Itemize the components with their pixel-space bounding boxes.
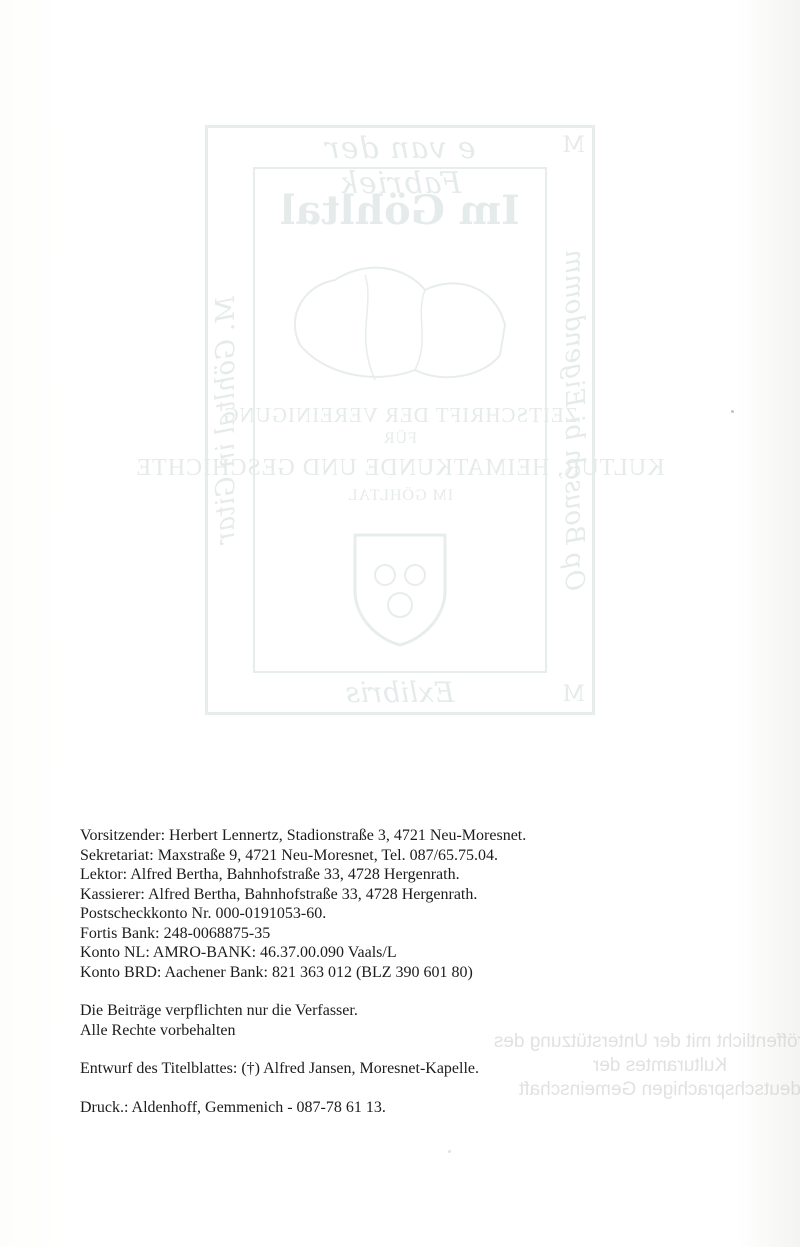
contact-secretariat: Sekretariat: Maxstraße 9, 4721 Neu-Mores… [80, 846, 720, 866]
coat-of-arms-icon [335, 520, 465, 650]
cover-left-side-text: Op Bousch bi Eigendomm [549, 185, 589, 655]
scan-speck [448, 1150, 451, 1153]
fortis-bank-account: Fortis Bank: 248-0068875-35 [80, 924, 720, 944]
cover-subtitle-4: IM GÖHLTAL [125, 487, 675, 505]
scan-speck [731, 410, 734, 413]
contact-treasurer: Kassierer: Alfred Bertha, Bahnhofstraße … [80, 885, 720, 905]
map-illustration-icon [275, 245, 525, 395]
contact-editor: Lektor: Alfred Bertha, Bahnhofstraße 33,… [80, 865, 720, 885]
spacer [80, 1079, 720, 1098]
cover-subtitle-1: ZEITSCHRIFT DER VEREINIGUNG [125, 403, 675, 428]
cover-top-banner: e van der Fabriek [265, 131, 535, 201]
cover-design-credit: Entwurf des Titelblattes: (†) Alfred Jan… [80, 1059, 720, 1079]
cover-frame [205, 125, 595, 715]
account-brd: Konto BRD: Aachener Bank: 821 363 012 (B… [80, 963, 720, 983]
cover-subtitle-2: FÜR [125, 430, 675, 448]
cover-subtitle-3: KULTUR, HEIMATKUNDE UND GESCHICHTE [125, 455, 675, 482]
postal-account: Postscheckkonto Nr. 000-0191053-60. [80, 904, 720, 924]
spacer [80, 982, 720, 1001]
disclaimer-authors: Die Beiträge verpflichten nur die Verfas… [80, 1001, 720, 1021]
imprint-block: Vorsitzender: Herbert Lennertz, Stadions… [80, 826, 720, 1117]
account-nl: Konto NL: AMRO-BANK: 46.37.00.090 Vaals/… [80, 943, 720, 963]
printer-credit: Druck.: Aldenhoff, Gemmenich - 087-78 61… [80, 1098, 720, 1118]
cover-bottom-banner: Exlibris [265, 676, 535, 709]
cover-inner-frame [253, 167, 547, 673]
cover-corner-mark: M [562, 133, 585, 158]
cover-right-side-text: M. Göhltal in Gitar [211, 185, 251, 655]
cover-corner-mark: M [562, 682, 585, 707]
cover-show-through: e van der Fabriek Im Göhltal ZEITSCHRIFT… [205, 125, 595, 715]
contact-chairman: Vorsitzender: Herbert Lennertz, Stadions… [80, 826, 720, 846]
cover-title: Im Göhltal [205, 187, 595, 234]
disclaimer-rights: Alle Rechte vorbehalten [80, 1021, 720, 1041]
spacer [80, 1040, 720, 1059]
